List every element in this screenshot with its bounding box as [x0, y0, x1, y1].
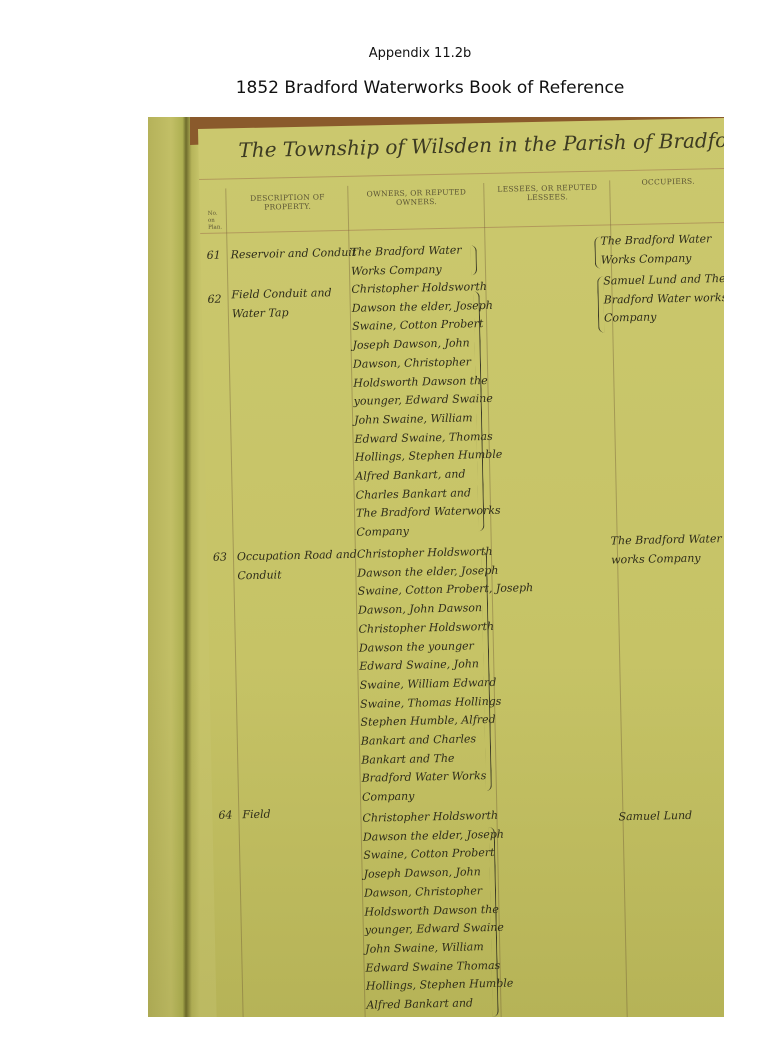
column-header-owners: Owners, or Reputed Owners. [351, 187, 481, 208]
entry-description: Occupation Road and Conduit [237, 546, 358, 586]
ledger-photograph: The Township of Wilsden in the Parish of… [148, 117, 724, 1017]
column-header-lessees: Lessees, or Reputed Lessees. [487, 182, 607, 203]
township-heading: The Township of Wilsden in the Parish of… [238, 126, 724, 162]
entry-description: Reservoir and Conduit [230, 244, 356, 265]
column-header-description: Description of Property. [229, 192, 345, 212]
entry-description: Field [242, 806, 271, 825]
entry-occupiers: The Bradford Water works Company [611, 530, 723, 570]
document-title: 1852 Bradford Waterworks Book of Referen… [0, 78, 768, 98]
entry-occupiers: Samuel Lund [618, 807, 692, 827]
entry-owners: Christopher Holdsworth Dawson the elder,… [357, 542, 538, 807]
entry-occupiers: Samuel Lund and The Bradford Water works… [603, 270, 724, 329]
entry-description: Field Conduit and Water Tap [231, 284, 332, 323]
ledger-page: The Township of Wilsden in the Parish of… [198, 118, 724, 1017]
entry-number: 61 [206, 247, 220, 266]
column-header-number: No. on Plan. [208, 210, 226, 231]
entry-owners: The Bradford Water Works Company [350, 242, 462, 282]
entry-occupiers: The Bradford Water Works Company [600, 230, 712, 270]
appendix-label: Appendix 11.2b [0, 46, 768, 61]
entry-number: 63 [213, 548, 227, 567]
entry-number: 64 [218, 806, 232, 825]
column-header-occupiers: Occupiers. [613, 176, 723, 187]
owners-brace [470, 245, 477, 275]
entry-number: 62 [207, 291, 221, 310]
